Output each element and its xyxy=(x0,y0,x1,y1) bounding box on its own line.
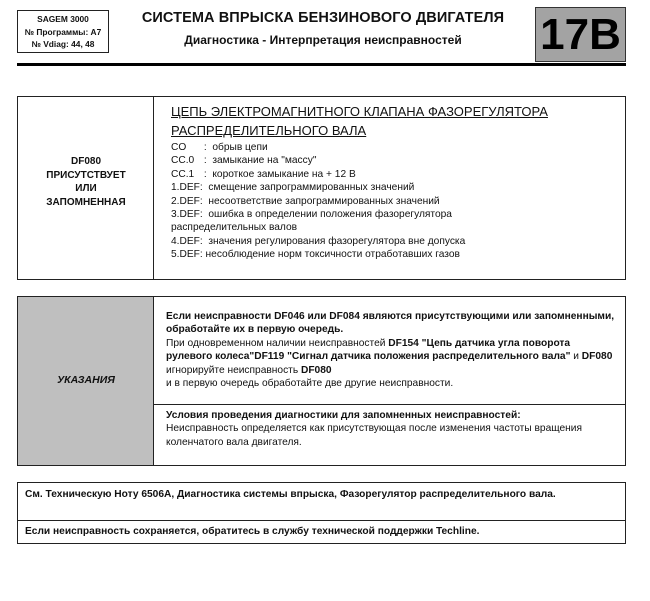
fault-type-code: CC.1 xyxy=(171,168,201,181)
fault-type-code: CC.0 xyxy=(171,154,201,167)
header-divider xyxy=(17,63,626,66)
fault-type-description: несоблюдение норм токсичности отработавш… xyxy=(206,249,460,260)
fault-type-description: короткое замыкание на + 12 В xyxy=(212,169,355,180)
ecu-info-box: SAGEM 3000 № Программы: A7 № Vdiag: 44, … xyxy=(17,10,109,53)
fault-status-line: ЗАПОМНЕННАЯ xyxy=(18,196,154,210)
fault-status-cell: DF080 ПРИСУТСТВУЕТ ИЛИ ЗАПОМНЕННАЯ xyxy=(18,97,154,279)
fault-reference: DF080 xyxy=(301,365,332,376)
notes-label: УКАЗАНИЯ xyxy=(18,374,154,386)
program-number: № Программы: A7 xyxy=(18,26,108,39)
fault-type-code: 4.DEF: xyxy=(171,236,203,247)
fault-type-item: 5.DEF: несоблюдение норм токсичности отр… xyxy=(171,248,465,261)
fault-type-code: CO xyxy=(171,141,201,154)
references-divider xyxy=(18,520,625,521)
fault-details-cell: ЦЕПЬ ЭЛЕКТРОМАГНИТНОГО КЛАПАНА ФАЗОРЕГУЛ… xyxy=(154,97,625,279)
separator: : xyxy=(201,169,212,180)
notes-priority-paragraph: Если неисправности DF046 или DF084 являю… xyxy=(166,310,617,390)
fault-type-item: 4.DEF: значения регулирования фазорегуля… xyxy=(171,235,465,248)
fault-type-item: 1.DEF: смещение запрограммированных знач… xyxy=(171,181,465,194)
ecu-model: SAGEM 3000 xyxy=(18,13,108,26)
notes-divider xyxy=(154,404,625,405)
fault-type-description: ошибка в определении положения фазорегул… xyxy=(208,209,452,220)
fault-type-item: CC.1 : короткое замыкание на + 12 В xyxy=(171,168,465,181)
fault-type-description: несоответствие запрограммированных значе… xyxy=(208,196,439,207)
conditions-text: Неисправность определяется как присутств… xyxy=(166,423,582,447)
fault-type-item: CC.0 : замыкание на "массу" xyxy=(171,154,465,167)
fault-title-line: ЦЕПЬ ЭЛЕКТРОМАГНИТНОГО КЛАПАНА ФАЗОРЕГУЛ… xyxy=(171,102,548,121)
fault-type-description: распределительных валов xyxy=(171,222,297,233)
fault-type-description: значения регулирования фазорегулятора вн… xyxy=(208,236,465,247)
techline-support-note: Если неисправность сохраняется, обратите… xyxy=(25,525,619,539)
fault-type-code: 3.DEF: xyxy=(171,209,203,220)
fault-type-description: замыкание на "массу" xyxy=(212,155,316,166)
fault-type-list: CO : обрыв цепиCC.0 : замыкание на "масс… xyxy=(171,141,465,262)
fault-status-label: DF080 ПРИСУТСТВУЕТ ИЛИ ЗАПОМНЕННАЯ xyxy=(18,155,154,209)
notes-box: УКАЗАНИЯ Если неисправности DF046 или DF… xyxy=(17,296,626,466)
fault-type-code: 2.DEF: xyxy=(171,196,203,207)
fault-type-item: 2.DEF: несоответствие запрограммированны… xyxy=(171,195,465,208)
conditions-heading: Условия проведения диагностики для запом… xyxy=(166,410,521,421)
fault-code: DF080 xyxy=(18,155,154,169)
text-fragment: При одновременном наличии неисправностей xyxy=(166,338,388,349)
vdiag-number: № Vdiag: 44, 48 xyxy=(18,38,108,51)
fault-type-code: 5.DEF: xyxy=(171,249,203,260)
priority-instruction: Если неисправности DF046 или DF084 являю… xyxy=(166,311,614,335)
notes-label-cell: УКАЗАНИЯ xyxy=(18,297,154,465)
fault-status-line: ИЛИ xyxy=(18,182,154,196)
technical-note-reference: См. Техническую Ноту 6506A, Диагностика … xyxy=(25,488,619,502)
fault-type-description: обрыв цепи xyxy=(212,142,267,153)
text-fragment: и xyxy=(570,351,581,362)
fault-status-line: ПРИСУТСТВУЕТ xyxy=(18,169,154,183)
text-fragment: игнорируйте неисправность xyxy=(166,365,301,376)
document-title: СИСТЕМА ВПРЫСКА БЕНЗИНОВОГО ДВИГАТЕЛЯ xyxy=(118,10,528,26)
fault-type-item: CO : обрыв цепи xyxy=(171,141,465,154)
fault-reference: DF080 xyxy=(582,351,613,362)
text-fragment: и в первую очередь обработайте две други… xyxy=(166,378,453,389)
separator: : xyxy=(201,155,212,166)
fault-title-line: РАСПРЕДЕЛИТЕЛЬНОГО ВАЛА xyxy=(171,121,548,140)
notes-conditions-paragraph: Условия проведения диагностики для запом… xyxy=(166,409,617,449)
fault-type-description: смещение запрограммированных значений xyxy=(208,182,414,193)
document-subtitle: Диагностика - Интерпретация неисправност… xyxy=(118,33,528,47)
fault-type-item: распределительных валов xyxy=(171,221,465,234)
fault-title: ЦЕПЬ ЭЛЕКТРОМАГНИТНОГО КЛАПАНА ФАЗОРЕГУЛ… xyxy=(171,102,548,140)
fault-description-box: DF080 ПРИСУТСТВУЕТ ИЛИ ЗАПОМНЕННАЯ ЦЕПЬ … xyxy=(17,96,626,280)
fault-type-code: 1.DEF: xyxy=(171,182,203,193)
separator: : xyxy=(201,142,212,153)
section-badge: 17B xyxy=(535,7,626,62)
fault-type-item: 3.DEF: ошибка в определении положения фа… xyxy=(171,208,465,221)
notes-content-cell: Если неисправности DF046 или DF084 являю… xyxy=(154,297,625,465)
references-box: См. Техническую Ноту 6506A, Диагностика … xyxy=(17,482,626,544)
